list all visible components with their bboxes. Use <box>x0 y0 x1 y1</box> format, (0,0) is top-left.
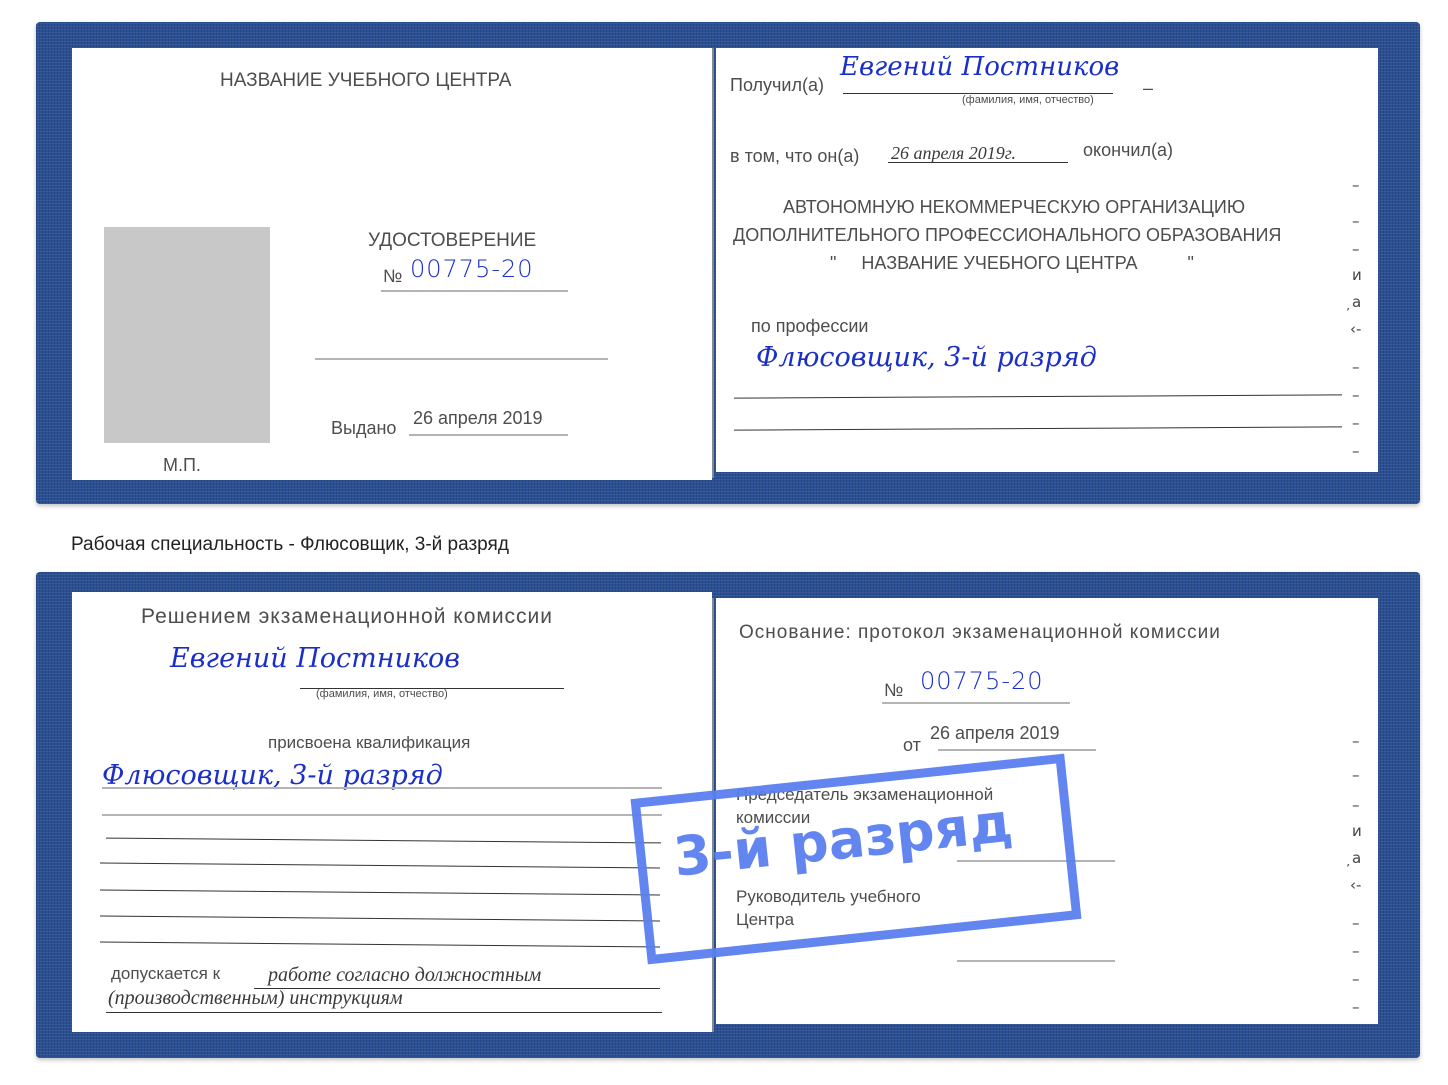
admitted-underline-2 <box>106 1012 662 1013</box>
number-label: № <box>383 266 402 287</box>
stamp-place-label: М.П. <box>163 455 201 476</box>
issued-date: 26 апреля 2019 <box>413 408 543 429</box>
decision-label: Решением экзаменационной комиссии <box>141 605 553 629</box>
finished-label: окончил(а) <box>1083 140 1173 161</box>
edge-mark: – <box>1352 970 1360 988</box>
org-line-2: ДОПОЛНИТЕЛЬНОГО ПРОФЕССИОНАЛЬНОГО ОБРАЗО… <box>733 225 1281 246</box>
grade-stamp-text: 3-й разряд <box>671 791 1016 889</box>
that-date-underline <box>888 162 1068 163</box>
protocol-date: 26 апреля 2019 <box>930 723 1060 744</box>
decision-name-hint: (фамилия, имя, отчество) <box>316 688 448 700</box>
edge-mark: ̦а <box>1352 293 1361 311</box>
photo-placeholder <box>104 227 270 443</box>
issued-underline <box>409 434 568 436</box>
edge-mark: – <box>1352 176 1360 194</box>
edge-mark: – <box>1352 386 1360 404</box>
edge-mark: – <box>1352 212 1360 230</box>
edge-mark: – <box>1352 796 1360 814</box>
edge-mark: ̦а <box>1352 849 1361 867</box>
edge-mark: – <box>1352 766 1360 784</box>
edge-mark: – <box>1352 240 1360 258</box>
edge-mark: ‹- <box>1350 876 1361 894</box>
edge-mark: – <box>1352 414 1360 432</box>
edge-mark: ‹- <box>1350 320 1361 338</box>
edge-mark: – <box>1352 914 1360 932</box>
protocol-date-underline <box>938 749 1096 751</box>
that-label: в том, что он(а) <box>730 146 859 167</box>
received-label: Получил(а) <box>730 75 824 96</box>
protocol-number-label: № <box>884 680 903 701</box>
org-line-1: АВТОНОМНУЮ НЕКОММЕРЧЕСКУЮ ОРГАНИЗАЦИЮ <box>783 197 1245 218</box>
qualification-label: присвоена квалификация <box>268 733 470 753</box>
decision-name: Евгений Постников <box>170 643 460 674</box>
received-dash: – <box>1143 78 1153 99</box>
edge-mark: – <box>1352 358 1360 376</box>
protocol-number-underline <box>882 702 1070 704</box>
admitted-line-1: работе согласно должностным <box>268 964 541 987</box>
number-underline <box>381 290 568 292</box>
qualification-underline-2 <box>102 814 662 816</box>
admitted-line-2: (производственным) инструкциям <box>108 987 403 1010</box>
profession-value: Флюсовщик, 3-й разряд <box>756 342 1097 373</box>
basis-label: Основание: протокол экзаменационной коми… <box>739 622 1221 644</box>
head-signature-line <box>957 960 1115 962</box>
edge-mark: и <box>1352 266 1362 284</box>
received-name: Евгений Постников <box>840 52 1119 82</box>
protocol-from-label: от <box>903 735 921 756</box>
edge-mark: – <box>1352 998 1360 1016</box>
issued-label: Выдано <box>331 418 396 439</box>
signature-line <box>315 358 608 360</box>
profession-label: по профессии <box>751 316 868 337</box>
specialty-caption: Рабочая специальность - Флюсовщик, 3-й р… <box>71 534 509 556</box>
that-date: 26 апреля 2019г. <box>891 143 1016 164</box>
org-name-header: НАЗВАНИЕ УЧЕБНОГО ЦЕНТРА <box>220 70 512 92</box>
certificate-title: УДОСТОВЕРЕНИЕ <box>368 230 536 252</box>
admitted-label: допускается к <box>111 964 220 984</box>
edge-mark: – <box>1352 732 1360 750</box>
edge-mark: – <box>1352 442 1360 460</box>
top-spine <box>712 48 714 478</box>
edge-mark: – <box>1352 942 1360 960</box>
edge-mark: и <box>1352 822 1362 840</box>
org-line-3: " НАЗВАНИЕ УЧЕБНОГО ЦЕНТРА " <box>830 253 1194 274</box>
received-name-hint: (фамилия, имя, отчество) <box>962 94 1094 106</box>
qualification-underline-1 <box>102 787 662 789</box>
protocol-number: 00775-20 <box>920 667 1044 695</box>
certificate-number: 00775-20 <box>410 255 534 283</box>
